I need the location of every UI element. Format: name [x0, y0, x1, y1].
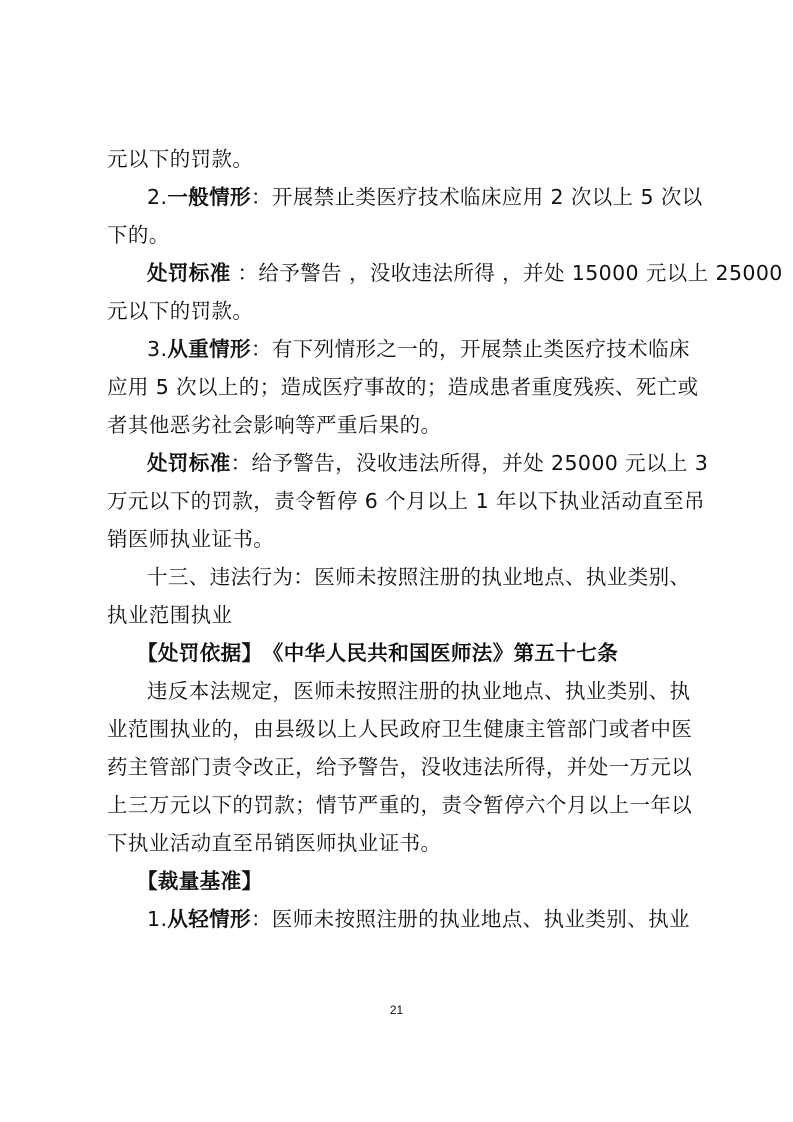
text-segment: ：有下列情形之一的，开展禁止类医疗技术临床 [251, 337, 690, 361]
text-segment: 十三、违法行为：医师未按照注册的执业地点、执业类别、 [147, 565, 690, 589]
bold-label: 处罚标准 [147, 261, 231, 285]
text-line: 元以下的罚款。 [107, 140, 692, 178]
text-segment: 元以下的罚款。 [107, 299, 253, 323]
bold-label: 处罚标准 [147, 451, 231, 475]
text-line: 万元以下的罚款，责令暂停 6 个月以上 1 年以下执业活动直至吊 [107, 482, 692, 520]
text-line: 违反本法规定，医师未按照注册的执业地点、执业类别、执 [107, 672, 692, 710]
text-line: 元以下的罚款。 [107, 292, 692, 330]
text-line: 销医师执业证书。 [107, 520, 692, 558]
text-line: 处罚标准：给予警告，没收违法所得，并处 25000 元以上 3 [107, 444, 692, 482]
text-segment: 销医师执业证书。 [107, 527, 274, 551]
text-line: 上三万元以下的罚款；情节严重的，责令暂停六个月以上一年以 [107, 786, 692, 824]
text-line: 3.从重情形：有下列情形之一的，开展禁止类医疗技术临床 [107, 330, 692, 368]
text-segment: 上三万元以下的罚款；情节严重的，责令暂停六个月以上一年以 [107, 793, 692, 817]
bold-label: 【处罚依据】 《中华人民共和国医师法》第五十七条 [137, 641, 618, 665]
text-segment: 元以下的罚款。 [107, 147, 253, 171]
text-line: 下的。 [107, 216, 692, 254]
text-segment: 业范围执业的，由县级以上人民政府卫生健康主管部门或者中医 [107, 717, 692, 741]
text-line: 处罚标准 ：给予警告 ，没收违法所得 ，并处 15000 元以上 25000 [107, 254, 692, 292]
text-segment: 3. [147, 337, 167, 361]
text-segment: 药主管部门责令改正，给予警告，没收违法所得，并处一万元以 [107, 755, 692, 779]
bold-label: 一般情形 [167, 185, 251, 209]
text-line: 1.从轻情形：医师未按照注册的执业地点、执业类别、执业 [107, 900, 692, 938]
bold-label: 从重情形 [167, 337, 251, 361]
text-segment: 1. [147, 907, 167, 931]
text-segment: 者其他恶劣社会影响等严重后果的。 [107, 413, 441, 437]
text-segment: 下执业活动直至吊销医师执业证书。 [107, 831, 441, 855]
text-line: 业范围执业的，由县级以上人民政府卫生健康主管部门或者中医 [107, 710, 692, 748]
bold-label: 从轻情形 [167, 907, 251, 931]
section-heading: 【处罚依据】 《中华人民共和国医师法》第五十七条 [107, 634, 692, 672]
text-line: 十三、违法行为：医师未按照注册的执业地点、执业类别、 [107, 558, 692, 596]
text-line: 者其他恶劣社会影响等严重后果的。 [107, 406, 692, 444]
text-segment: 应用 5 次以上的；造成医疗事故的；造成患者重度残疾、死亡或 [107, 375, 699, 399]
text-line: 药主管部门责令改正，给予警告，没收违法所得，并处一万元以 [107, 748, 692, 786]
text-line: 应用 5 次以上的；造成医疗事故的；造成患者重度残疾、死亡或 [107, 368, 692, 406]
document-body: 元以下的罚款。2.一般情形：开展禁止类医疗技术临床应用 2 次以上 5 次以下的… [107, 140, 692, 938]
text-segment: ：开展禁止类医疗技术临床应用 2 次以上 5 次以 [251, 185, 703, 209]
text-segment: 万元以下的罚款，责令暂停 6 个月以上 1 年以下执业活动直至吊 [107, 489, 705, 513]
page-number: 21 [0, 1003, 793, 1017]
text-segment: ：医师未按照注册的执业地点、执业类别、执业 [251, 907, 690, 931]
text-segment: 2. [147, 185, 167, 209]
text-segment: 违反本法规定，医师未按照注册的执业地点、执业类别、执 [147, 679, 690, 703]
bold-label: 【裁量基准】 [137, 869, 262, 893]
text-line: 执业范围执业 [107, 596, 692, 634]
text-line: 下执业活动直至吊销医师执业证书。 [107, 824, 692, 862]
section-heading: 【裁量基准】 [107, 862, 692, 900]
text-line: 2.一般情形：开展禁止类医疗技术临床应用 2 次以上 5 次以 [107, 178, 692, 216]
text-segment: 下的。 [107, 223, 170, 247]
text-segment: ：给予警告 ，没收违法所得 ，并处 15000 元以上 25000 [231, 261, 783, 285]
text-segment: ：给予警告，没收违法所得，并处 25000 元以上 3 [231, 451, 709, 475]
text-segment: 执业范围执业 [107, 603, 232, 627]
